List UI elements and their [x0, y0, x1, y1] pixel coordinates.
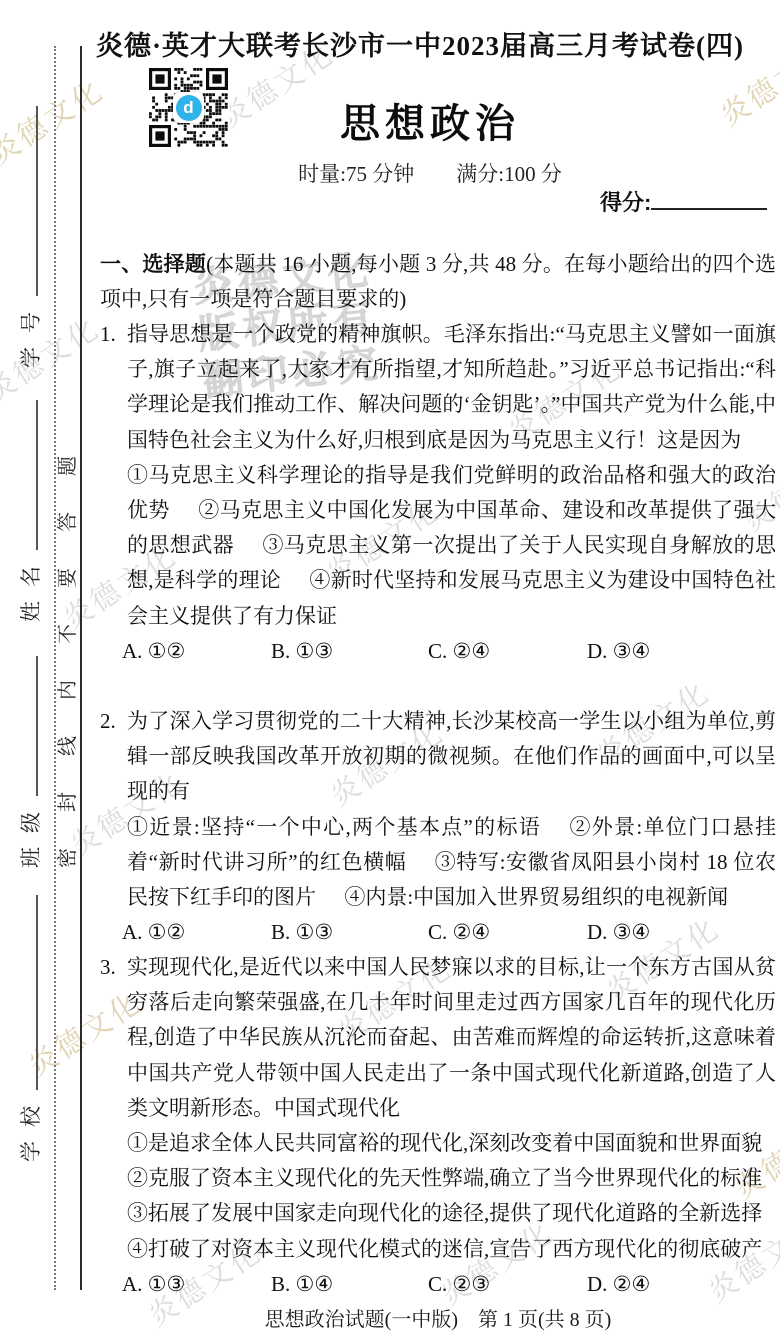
option-d: D. ②④ [587, 1267, 776, 1302]
section-heading-bold: 一、选择题 [100, 253, 206, 276]
question-2: 2. 为了深入学习贯彻党的二十大精神,长沙某校高一学生以小组为单位,剪辑一部反映… [100, 704, 776, 950]
field-class: 班级 [20, 656, 42, 868]
option-c: C. ②③ [428, 1267, 587, 1302]
option-c: C. ②④ [428, 634, 587, 669]
option-b: B. ①③ [271, 634, 428, 669]
score-blank [651, 190, 767, 210]
student-name-blank [20, 400, 38, 550]
student-id-blank [20, 106, 38, 296]
school-blank [20, 895, 38, 1090]
student-id-label: 学号 [19, 298, 43, 368]
question-statements: ①马克思主义科学理论的指导是我们党鲜明的政治品格和强大的政治优势②马克思主义中国… [127, 458, 776, 634]
section-heading: 一、选择题(本题共 16 小题,每小题 3 分,共 48 分。在每小题给出的四个… [100, 247, 776, 317]
class-label: 班级 [19, 798, 43, 868]
question-number: 3. [100, 950, 116, 985]
statement: ①近景:坚持“一个中心,两个基本点”的标语 [127, 815, 541, 839]
statement: ③拓展了发展中国家走向现代化的途径,提供了现代化道路的全新选择 [127, 1196, 776, 1231]
exam-paper-page: 炎德文化 炎德文化 炎德文化 炎德文化 炎德文化 炎德文化 炎德文化 炎德文化 … [0, 0, 780, 1344]
options-row: A. ①② B. ①③ C. ②④ D. ③④ [122, 634, 776, 669]
question-number: 1. [100, 317, 116, 352]
field-school: 学校 [20, 895, 42, 1162]
question-statements: ①近景:坚持“一个中心,两个基本点”的标语②外景:单位门口悬挂着“新时代讲习所”… [127, 810, 776, 916]
class-blank [20, 656, 38, 796]
student-name-label: 姓名 [19, 552, 43, 622]
option-b: B. ①③ [271, 915, 428, 950]
options-row: A. ①③ B. ①④ C. ②③ D. ②④ [122, 1267, 776, 1302]
score-label: 得分: [600, 190, 651, 215]
field-student-name: 姓名 [20, 400, 42, 622]
subject-title: 思想政治 [100, 92, 760, 149]
seal-dotted-line [54, 46, 56, 1290]
option-b: B. ①④ [271, 1267, 428, 1302]
question-number: 2. [100, 704, 116, 739]
question-stem: 实现现代化,是近代以来中国人民梦寐以求的目标,让一个东方古国从贫穷落后走向繁荣强… [127, 950, 776, 1126]
statement: ②克服了资本主义现代化的先天性弊端,确立了当今世界现代化的标准 [127, 1161, 776, 1196]
seal-solid-line [80, 46, 82, 1290]
field-student-id: 学号 [20, 106, 42, 368]
statement: ①是追求全体人民共同富裕的现代化,深刻改变着中国面貌和世界面貌 [127, 1126, 776, 1161]
question-stem: 为了深入学习贯彻党的二十大精神,长沙某校高一学生以小组为单位,剪辑一部反映我国改… [127, 704, 776, 810]
option-a: A. ①③ [122, 1267, 271, 1302]
duration-and-score-info: 时量:75 分钟 满分:100 分 [100, 158, 760, 188]
option-d: D. ③④ [587, 634, 776, 669]
school-label: 学校 [19, 1092, 43, 1162]
question-1: 1. 指导思想是一个政党的精神旗帜。毛泽东指出:“马克思主义譬如一面旗子,旗子立… [100, 317, 776, 669]
seal-instruction-text: 密封线内不要答题 [58, 420, 78, 868]
option-d: D. ③④ [587, 915, 776, 950]
question-3: 3. 实现现代化,是近代以来中国人民梦寐以求的目标,让一个东方古国从贫穷落后走向… [100, 950, 776, 1302]
question-stem: 指导思想是一个政党的精神旗帜。毛泽东指出:“马克思主义譬如一面旗子,旗子立起来了… [127, 317, 776, 458]
footer-page-info: 思想政治试题(一中版) 第 1 页(共 8 页) [100, 1303, 776, 1332]
option-c: C. ②④ [428, 915, 587, 950]
question-statements: ①是追求全体人民共同富裕的现代化,深刻改变着中国面貌和世界面貌 ②克服了资本主义… [127, 1126, 776, 1267]
exam-title: 炎德·英才大联考长沙市一中2023届高三月考试卷(四) [90, 24, 750, 63]
options-row: A. ①② B. ①③ C. ②④ D. ③④ [122, 915, 776, 950]
statement: ④内景:中国加入世界贸易组织的电视新闻 [344, 885, 728, 909]
option-a: A. ①② [122, 915, 271, 950]
statement: ④打破了对资本主义现代化模式的迷信,宣告了西方现代化的彻底破产 [127, 1232, 776, 1267]
score-field: 得分: [600, 186, 767, 217]
option-a: A. ①② [122, 634, 271, 669]
